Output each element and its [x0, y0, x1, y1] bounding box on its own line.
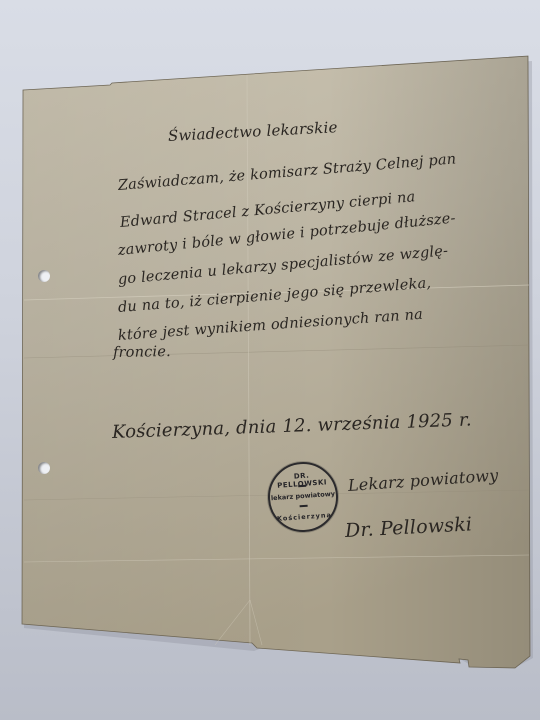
punch-hole — [38, 270, 50, 282]
stamp-role: lekarz powiatowy — [270, 490, 336, 503]
document-sheet: Świadectwo lekarskie Zaświadczam, że kom… — [0, 0, 540, 720]
stamp-divider — [300, 505, 308, 507]
stamp-place: Kościerzyna — [271, 511, 337, 524]
body-line: froncie. — [113, 344, 171, 361]
punch-hole — [38, 462, 50, 474]
paper-shape — [0, 0, 540, 720]
stamp-name: DR. PELLOWSKI — [268, 470, 335, 491]
